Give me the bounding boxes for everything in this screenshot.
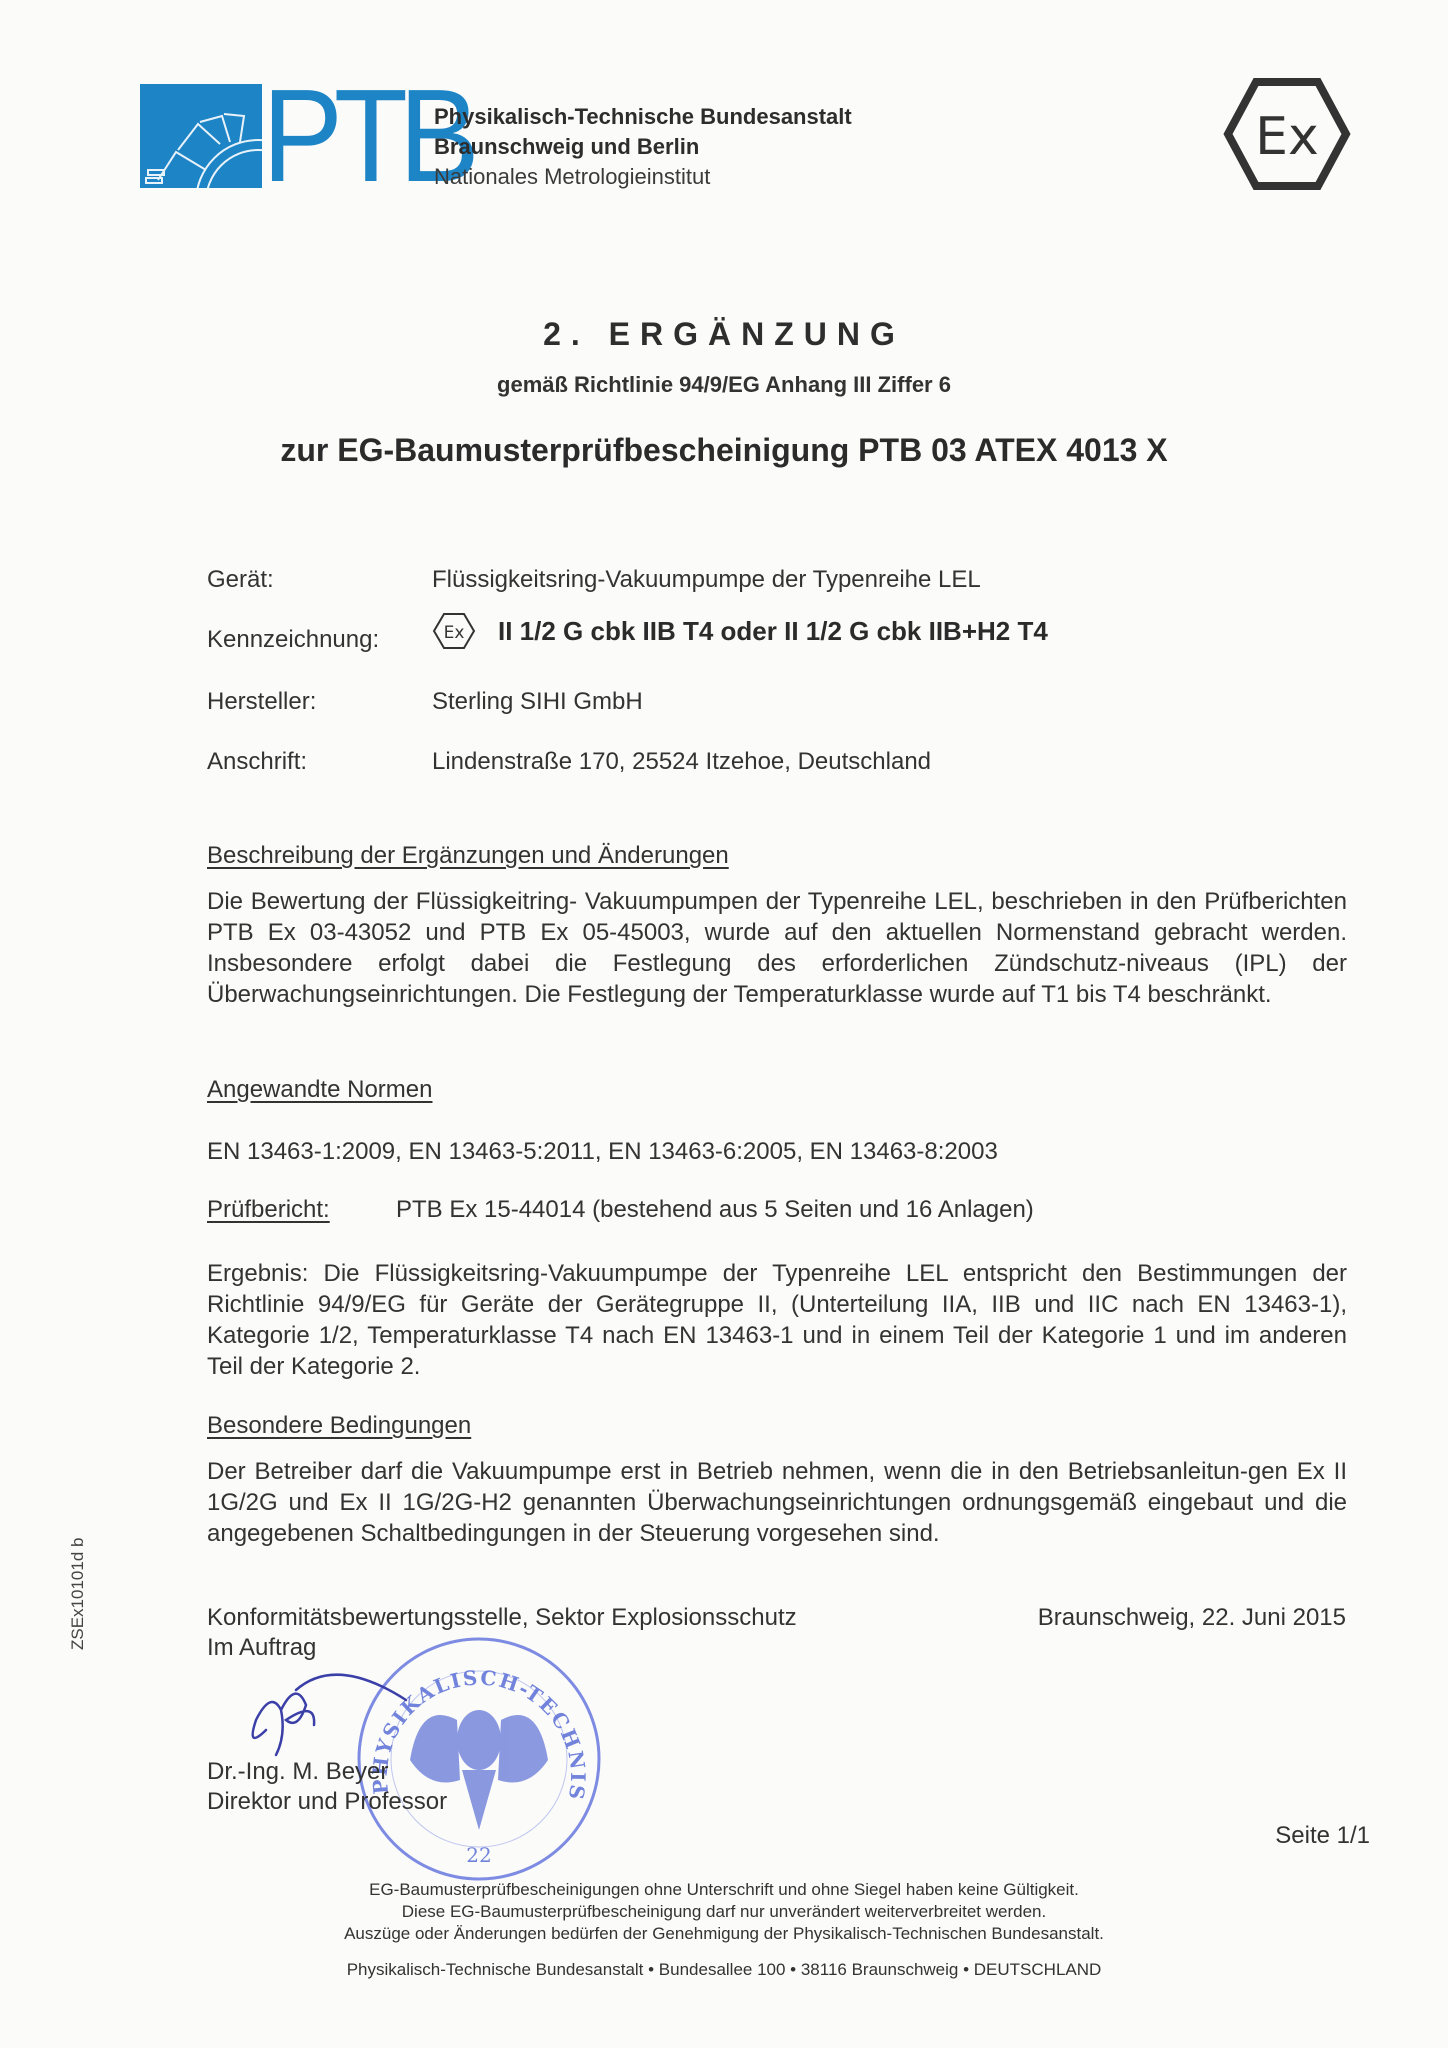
marking-text: II 1/2 G cbk IIB T4 oder II 1/2 G cbk II… xyxy=(498,616,1048,647)
standards-text: EN 13463-1:2009, EN 13463-5:2011, EN 134… xyxy=(207,1136,1347,1167)
section-heading-conditions: Besondere Bedingungen xyxy=(207,1412,471,1440)
ex-hexagon-icon: Ex xyxy=(432,612,476,650)
svg-text:22: 22 xyxy=(466,1843,491,1867)
certificate-title: zur EG-Baumusterprüfbescheinigung PTB 03… xyxy=(0,432,1448,469)
institute-subtitle: Nationales Metrologieinstitut xyxy=(434,164,710,190)
handwritten-signature xyxy=(236,1660,426,1770)
page-number: Seite 1/1 xyxy=(1275,1822,1370,1850)
institute-name: Physikalisch-Technische Bundesanstalt xyxy=(434,104,852,130)
institute-location: Braunschweig und Berlin xyxy=(434,134,699,160)
conditions-text: Der Betreiber darf die Vakuumpumpe erst … xyxy=(207,1456,1347,1549)
field-label-device: Gerät: xyxy=(207,566,274,594)
signatory-name: Dr.-Ing. M. Beyer xyxy=(207,1758,388,1786)
report-value: PTB Ex 15-44014 (bestehend aus 5 Seiten … xyxy=(396,1196,1034,1224)
section-heading-description: Beschreibung der Ergänzungen und Änderun… xyxy=(207,842,729,870)
document-code: ZSEx10101d b xyxy=(68,1538,88,1650)
logo-arc-icon xyxy=(140,84,262,188)
svg-text:Ex: Ex xyxy=(444,623,465,643)
signatory-position: Direktor und Professor xyxy=(207,1788,447,1816)
field-value-manufacturer: Sterling SIHI GmbH xyxy=(432,688,643,716)
field-label-address: Anschrift: xyxy=(207,748,307,776)
document-subtitle: gemäß Richtlinie 94/9/EG Anhang III Ziff… xyxy=(0,372,1448,398)
field-label-marking: Kennzeichnung: xyxy=(207,626,379,654)
footer-notice-3: Auszüge oder Änderungen bedürfen der Gen… xyxy=(0,1924,1448,1944)
ex-hexagon-icon: Ex xyxy=(1222,76,1352,192)
result-text: Ergebnis: Die Flüssigkeitsring-Vakuumpum… xyxy=(207,1258,1347,1382)
description-text: Die Bewertung der Flüssigkeitring- Vakuu… xyxy=(207,886,1347,1010)
on-behalf-line: Im Auftrag xyxy=(207,1634,316,1662)
field-label-manufacturer: Hersteller: xyxy=(207,688,316,716)
footer-notice-2: Diese EG-Baumusterprüfbescheinigung darf… xyxy=(0,1902,1448,1922)
document-title: 2. ERGÄNZUNG xyxy=(0,316,1448,353)
place-date: Braunschweig, 22. Juni 2015 xyxy=(1038,1604,1346,1632)
section-heading-standards: Angewandte Normen xyxy=(207,1076,432,1104)
report-label: Prüfbericht: xyxy=(207,1196,330,1224)
field-value-marking: Ex II 1/2 G cbk IIB T4 oder II 1/2 G cbk… xyxy=(432,612,1048,650)
footer-address: Physikalisch-Technische Bundesanstalt • … xyxy=(0,1960,1448,1980)
svg-text:Ex: Ex xyxy=(1255,107,1319,167)
ptb-logo-emblem xyxy=(140,84,262,188)
authority-line: Konformitätsbewertungsstelle, Sektor Exp… xyxy=(207,1604,797,1632)
field-value-address: Lindenstraße 170, 25524 Itzehoe, Deutsch… xyxy=(432,748,931,776)
field-value-device: Flüssigkeitsring-Vakuumpumpe der Typenre… xyxy=(432,566,981,594)
footer-notice-1: EG-Baumusterprüfbescheinigungen ohne Unt… xyxy=(0,1880,1448,1900)
